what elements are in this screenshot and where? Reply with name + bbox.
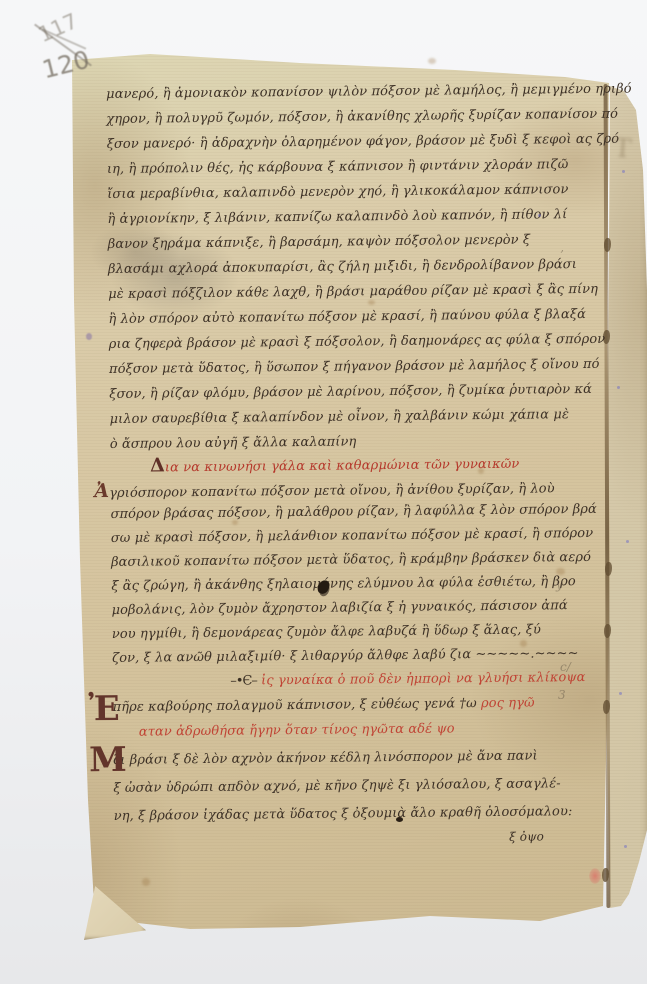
recipe-paragraph-1: μανερό, ἢ ἀμονιακὸν κοπανίσον ψιλὸν πόξσ…: [106, 77, 568, 457]
blue-speck: [619, 692, 622, 695]
line-text: πῆρε καβούρης πολαγμοῦ κάπνισον, ξ εὐθέω…: [112, 696, 481, 715]
margin-offset-mark: ’: [560, 248, 564, 262]
rubric-initial: Δ: [150, 454, 165, 476]
foxing-spot: [232, 520, 238, 525]
foxing-spot: [368, 300, 375, 305]
manuscript-line: ὸ ἄσπρου λου αὐγῆ ξ ἄλλα καλαπίνη: [110, 427, 568, 457]
blue-speck: [622, 170, 625, 173]
manuscript-line: ζον, ξ λα ανῶθ μιλαξιμίθ· ξ λιθαργύρ ἄλθ…: [112, 642, 570, 671]
scan-background: 117 120 μανερό, ἢ ἀμονιακὸν κοπανίσον ψι…: [0, 0, 647, 984]
rubric-heading-text: ἰς γυναίκα ὁ ποῦ δὲν ἠμπορὶ να γλυήσι κλ…: [261, 670, 586, 688]
margin-offset-mark: y: [556, 578, 563, 592]
line-text-red: ρος ηγῶ: [481, 696, 535, 712]
recipe-paragraph-3: Ἐπῆρε καβούρης πολαγμοῦ κάπνισον, ξ εὐθέ…: [112, 690, 570, 745]
text-block: μανερό, ἢ ἀμονιακὸν κοπανίσον ψιλὸν πόξσ…: [106, 77, 572, 851]
foxing-spot: [478, 468, 484, 474]
margin-offset-mark: c/: [560, 660, 571, 674]
rubric-heading-text: ια να κινωνήσι γάλα καὶ καθαρμώνια τῶν γ…: [165, 457, 520, 476]
margin-offset-mark: 3: [558, 688, 566, 702]
blue-speck: [617, 386, 620, 389]
foxing-spot: [556, 568, 565, 575]
foxing-spot: [520, 640, 527, 647]
line-text: ζι βράσι ξ δὲ λὸν αχνὸν ἀκήνον κέδλη λιν…: [113, 749, 538, 768]
blue-speck: [624, 845, 627, 848]
purple-stain: [86, 333, 92, 340]
blue-speck: [626, 540, 629, 543]
pen-flourish-ornament: –•Є–: [230, 673, 257, 688]
blue-speck: [538, 214, 541, 217]
foxing-spot: [142, 878, 150, 886]
paragraph-initial: Ἀ: [94, 480, 109, 502]
manuscript-line-red: αταν ἀδρωθήσα ἤγην ὅταν τίνος ηγῶτα αδέ …: [113, 715, 571, 745]
recipe-paragraph-4: Μζι βράσι ξ δὲ λὸν αχνὸν ἀκήνον κέδλη λι…: [113, 742, 572, 851]
manuscript-line: νη, ξ βράσον ἰχάδας μετὰ ὕδατος ξ ὀξουμι…: [114, 798, 572, 831]
foxing-spot: [428, 58, 436, 64]
paragraph-initial: Μ: [89, 743, 127, 777]
recipe-paragraph-2: Ἀγριόσπορον κοπανίτω πόξσον μετὰ οἴνου, …: [110, 474, 570, 671]
red-wax-stain: [589, 868, 601, 884]
ink-showthrough-mark: T: [613, 133, 632, 164]
ink-dot: [396, 817, 403, 822]
